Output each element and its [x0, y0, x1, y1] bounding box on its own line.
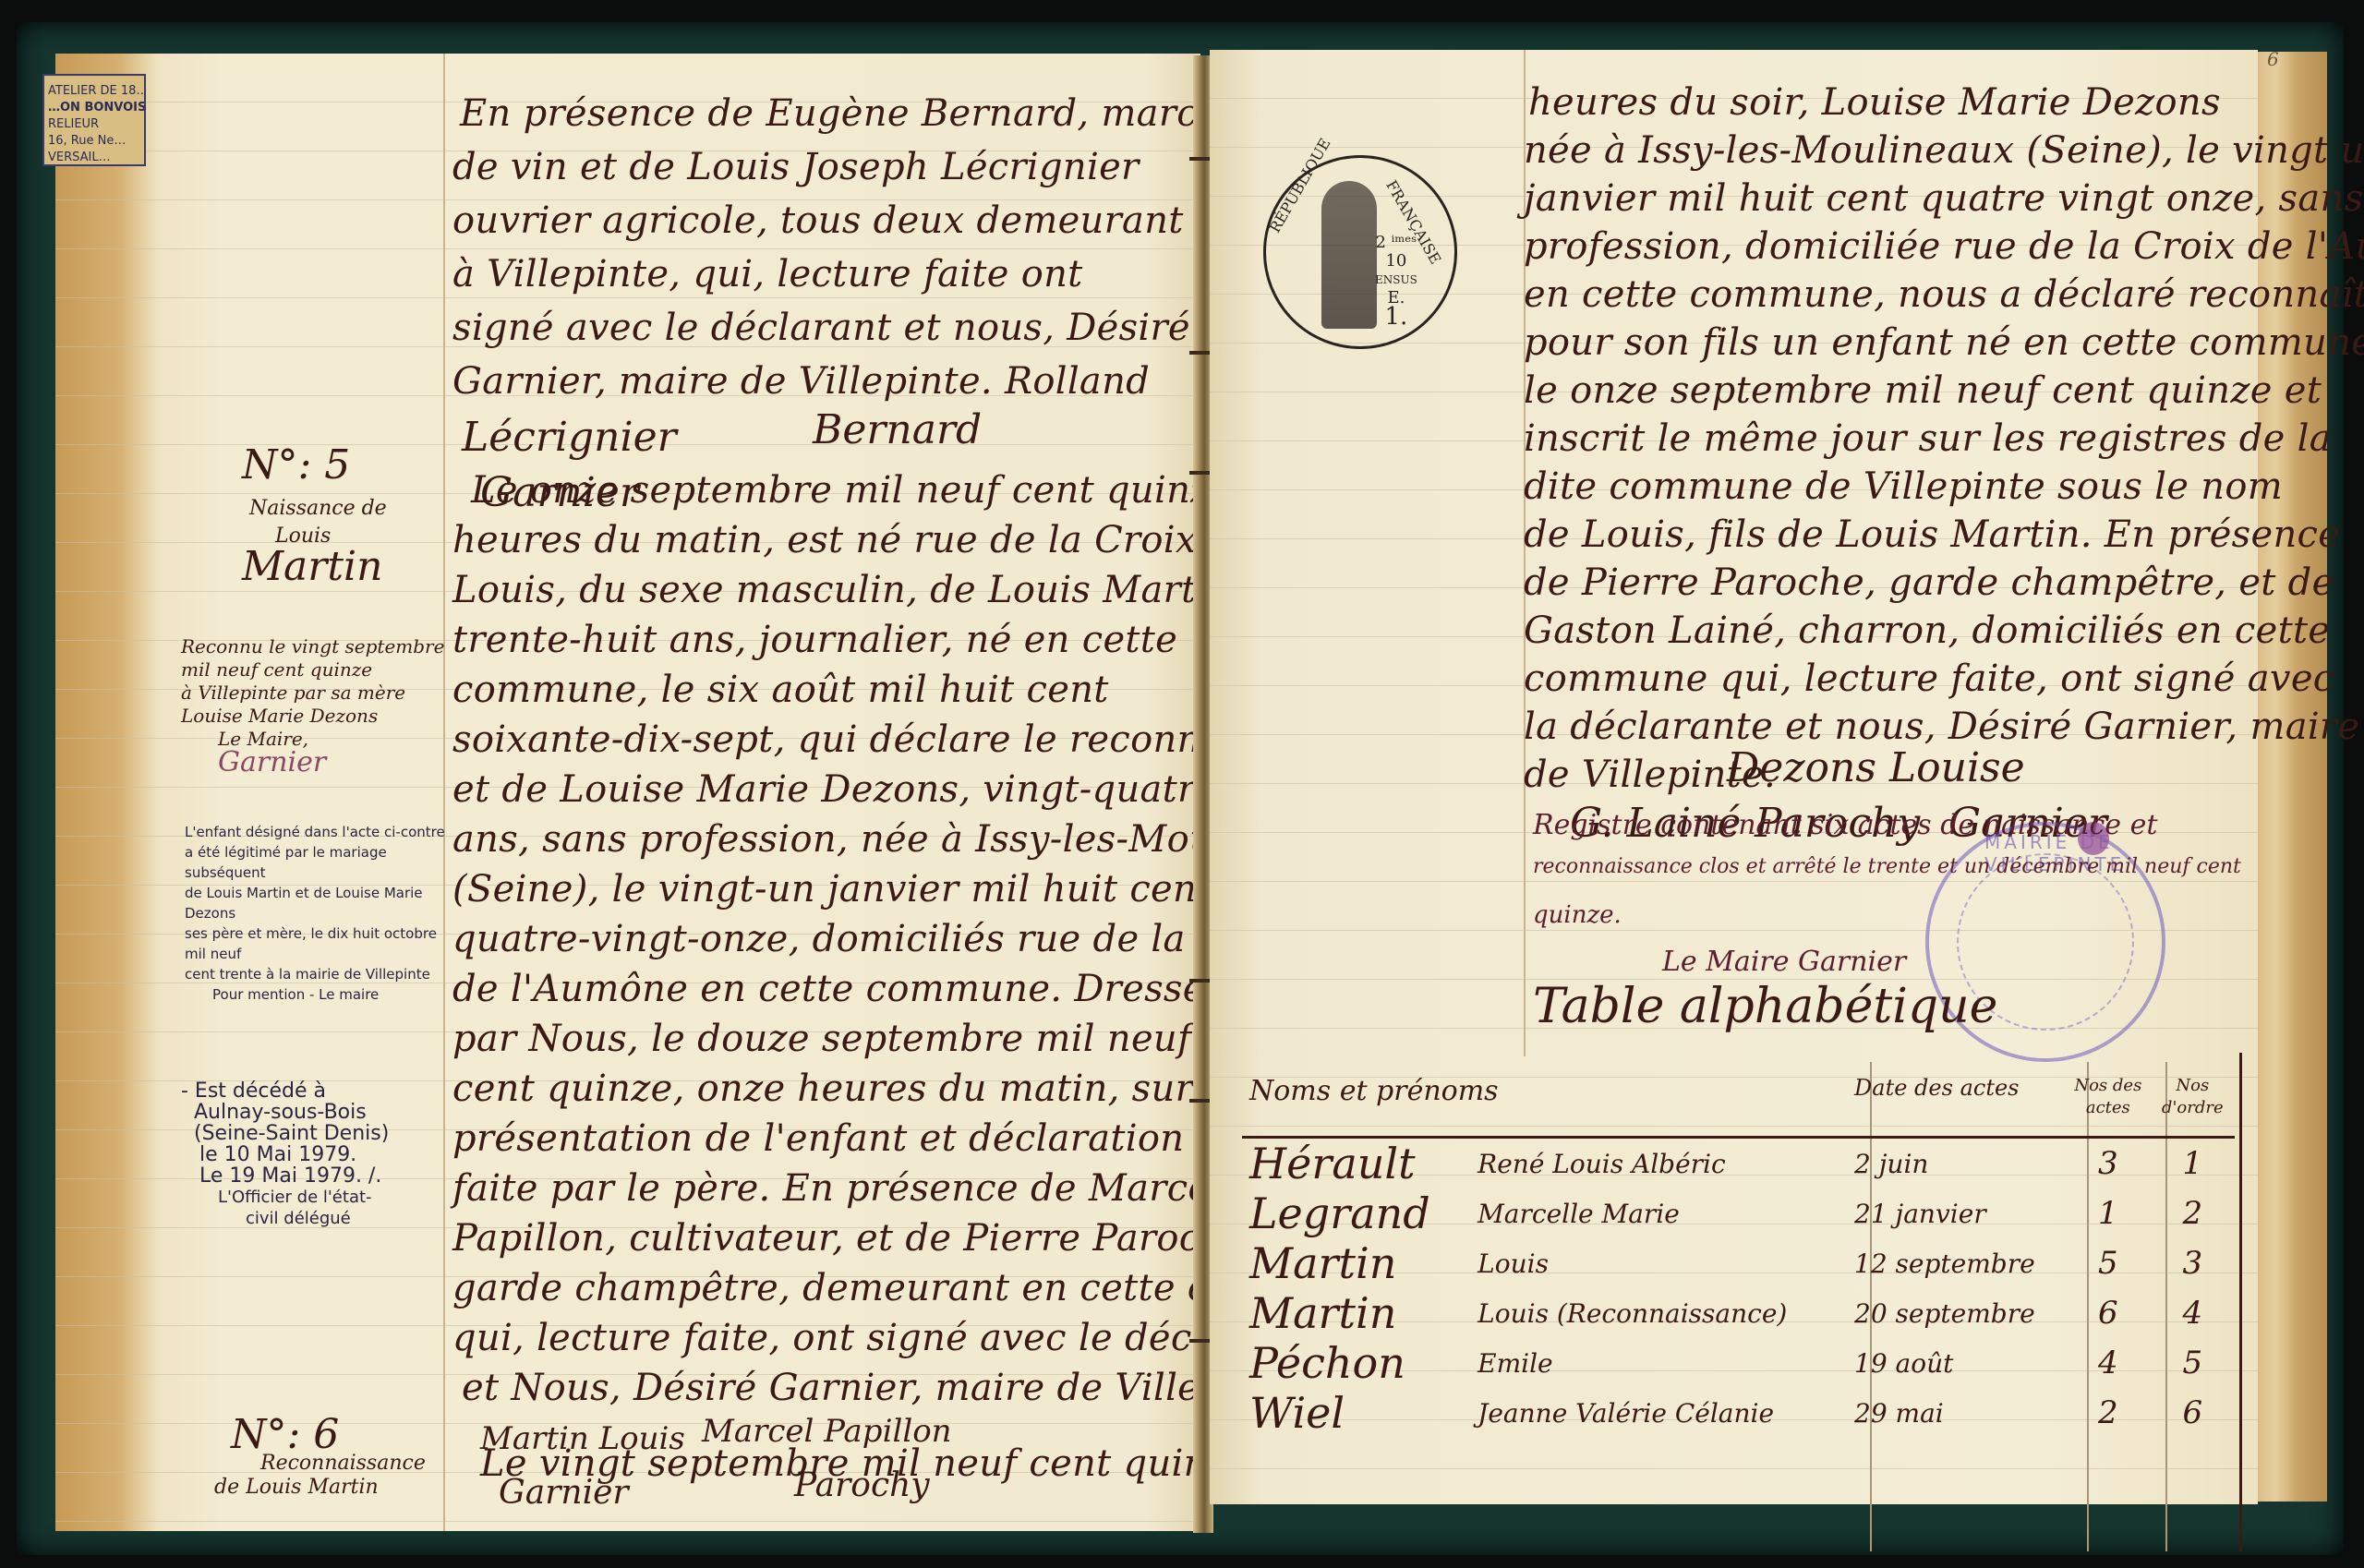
binder-label-line: VERSAIL… [48, 150, 140, 166]
text-line: de Louis, fils de Louis Martin. En prése… [1524, 513, 2340, 556]
cell-given-names: René Louis Albéric [1470, 1139, 1847, 1188]
text-line: de Pierre Paroche, garde champêtre, et d… [1524, 561, 2334, 604]
page-edge-stack [2253, 52, 2327, 1502]
stamp-tax-value: 2 ⁱᵐᵉˢ 10 ENSUS E. 1. [1375, 234, 1417, 326]
margin-note-recognition: Reconnu le vingt septembre mil neuf cent… [181, 635, 458, 774]
text-line: signé avec le déclarant et nous, Désiré [452, 307, 1190, 349]
stamp-line: 10 [1375, 252, 1417, 271]
table-row: Péchon Emile 19 août 4 5 [1242, 1338, 2235, 1388]
stamp-line: 1. [1375, 308, 1417, 326]
index-header-row: Noms et prénoms Date des actes Nos des a… [1242, 1062, 2235, 1138]
note-line: L'enfant désigné dans l'acte ci-contre [185, 822, 462, 842]
note-line: a été légitimé par le mariage subséquent [185, 842, 462, 883]
cell-date: 2 juin [1847, 1139, 2066, 1188]
cell-given-names: Marcelle Marie [1470, 1188, 1847, 1238]
binder-label-line: ATELIER DE 18… [48, 83, 140, 100]
binder-label-line: 16, Rue Ne… [48, 133, 140, 150]
binder-label-line: RELIEUR [48, 116, 140, 133]
cell-act-number: 4 [2066, 1338, 2150, 1388]
text-line: inscrit le même jour sur les registres d… [1524, 417, 2332, 460]
stamp-line: ENSUS [1375, 271, 1417, 289]
text-line: Louis, du sexe masculin, de Louis Martin… [452, 569, 1245, 611]
text-line: la déclarante et nous, Désiré Garnier, m… [1524, 706, 2359, 748]
note-line: Aulnay-sous-Bois [181, 1102, 458, 1123]
table-row: Martin Louis (Reconnaissance) 20 septemb… [1242, 1288, 2235, 1338]
cell-given-names: Louis (Reconnaissance) [1470, 1288, 1847, 1338]
cell-act-number: 5 [2066, 1238, 2150, 1288]
act-title: de Louis Martin [214, 1476, 379, 1499]
cell-act-number: 2 [2066, 1388, 2150, 1438]
cell-act-number: 3 [2066, 1139, 2150, 1188]
binder-label-line: …ON BONVOISIN [48, 100, 140, 116]
cell-given-names: Louis [1470, 1238, 1847, 1288]
note-line: Le 19 Mai 1979. /. [181, 1165, 458, 1187]
margin-note-legitimation: L'enfant désigné dans l'acte ci-contre a… [185, 822, 462, 1005]
cell-date: 20 septembre [1847, 1288, 2066, 1338]
note-line: de Louis Martin et de Louise Marie Dezon… [185, 883, 462, 923]
act-title: Naissance de [249, 497, 387, 520]
tax-stamp: RÉPUBLIQUE FRANÇAISE 2 ⁱᵐᵉˢ 10 ENSUS E. … [1263, 155, 1457, 349]
index-title: Table alphabétique [1533, 979, 1997, 1034]
note-line: civil délégué [181, 1208, 458, 1229]
table-row: Martin Louis 12 septembre 5 3 [1242, 1238, 2235, 1288]
cell-surname: Martin [1242, 1238, 1470, 1288]
note-line: mil neuf cent quinze [181, 658, 458, 681]
signature-le-maire-garnier: Le Maire Garnier [1662, 946, 1906, 978]
text-line: commune, le six août mil huit cent [452, 669, 1109, 711]
text-line: née à Issy-les-Moulineaux (Seine), le vi… [1524, 129, 2364, 172]
cell-date: 29 mai [1847, 1388, 2066, 1438]
text-line: Le onze septembre mil neuf cent quinze, … [471, 469, 1309, 512]
note-line: - Est décédé à [181, 1080, 458, 1102]
cell-date: 19 août [1847, 1338, 2066, 1388]
note-line: Pour mention - Le maire [185, 984, 462, 1005]
text-line: profession, domiciliée rue de la Croix d… [1524, 225, 2364, 268]
alphabetical-index-table: Noms et prénoms Date des actes Nos des a… [1242, 1062, 2235, 1438]
text-line: le onze septembre mil neuf cent quinze e… [1524, 369, 2322, 412]
cell-act-number: 1 [2066, 1188, 2150, 1238]
note-line: le 10 Mai 1979. [181, 1144, 458, 1165]
cell-date: 21 janvier [1847, 1188, 2066, 1238]
note-line: Louise Marie Dezons [181, 705, 458, 728]
stamp-line: 2 ⁱᵐᵉˢ [1375, 234, 1417, 252]
table-row: Legrand Marcelle Marie 21 janvier 1 2 [1242, 1188, 2235, 1238]
text-line: dite commune de Villepinte sous le nom [1524, 465, 2283, 508]
note-line: L'Officier de l'état- [181, 1187, 458, 1208]
marianne-figure-icon [1321, 181, 1377, 329]
margin-note-death: - Est décédé à Aulnay-sous-Bois (Seine-S… [181, 1080, 458, 1229]
cell-order-number: 2 [2151, 1188, 2235, 1238]
act-title: Martin [242, 543, 382, 590]
cell-order-number: 6 [2151, 1388, 2235, 1438]
text-line: faite par le père. En présence de Marcel [452, 1167, 1222, 1210]
signature-dezons-louise: Dezons Louise [1727, 744, 2025, 791]
header-names: Noms et prénoms [1242, 1062, 1847, 1138]
cell-surname: Wiel [1242, 1388, 1470, 1438]
header-act-number: Nos des actes [2066, 1062, 2150, 1138]
cell-surname: Hérault [1242, 1139, 1470, 1188]
text-line: heures du soir, Louise Marie Dezons [1528, 81, 2221, 124]
cell-order-number: 5 [2151, 1338, 2235, 1388]
text-line: qui, lecture faite, ont signé avec le dé… [452, 1317, 1306, 1359]
text-line: reconnaissance clos et arrêté le trente … [1533, 855, 2241, 878]
header-order-number: Nos d'ordre [2151, 1062, 2235, 1138]
text-line: par Nous, le douze septembre mil neuf [452, 1018, 1191, 1060]
text-line: ouvrier agricole, tous deux demeurant [452, 199, 1184, 242]
signature-lecrignier: Lécrignier [462, 414, 677, 461]
text-line: Papillon, cultivateur, et de Pierre Paro… [452, 1217, 1259, 1260]
text-line: pour son fils un enfant né en cette comm… [1524, 321, 2364, 364]
note-line: Reconnu le vingt septembre [181, 635, 458, 658]
text-line: présentation de l'enfant et déclaration [452, 1117, 1184, 1160]
cell-order-number: 1 [2151, 1139, 2235, 1188]
text-line: cent quinze, onze heures du matin, sur [452, 1067, 1193, 1110]
act-title: Reconnaissance [260, 1452, 426, 1475]
text-line: (Seine), le vingt-un janvier mil huit ce… [452, 868, 1212, 911]
note-line: (Seine-Saint Denis) [181, 1123, 458, 1144]
margin-rule [443, 54, 445, 1531]
cell-date: 12 septembre [1847, 1238, 2066, 1288]
cell-given-names: Emile [1470, 1338, 1847, 1388]
cell-given-names: Jeanne Valérie Célanie [1470, 1388, 1847, 1438]
text-line: Gaston Lainé, charron, domiciliés en cet… [1524, 609, 2330, 652]
note-line: ses père et mère, le dix huit octobre mi… [185, 923, 462, 964]
text-line: en cette commune, nous a déclaré reconna… [1524, 273, 2364, 316]
header-date: Date des actes [1847, 1062, 2066, 1138]
cell-order-number: 3 [2151, 1238, 2235, 1288]
text-line: soixante-dix-sept, qui déclare le reconn… [452, 718, 1291, 761]
cell-act-number: 6 [2066, 1288, 2150, 1338]
text-line: commune qui, lecture faite, ont signé av… [1524, 657, 2334, 700]
table-row: Hérault René Louis Albéric 2 juin 3 1 [1242, 1139, 2235, 1188]
cell-surname: Péchon [1242, 1338, 1470, 1388]
text-line: En présence de Eugène Bernard, marchand [460, 92, 1292, 135]
table-row: Wiel Jeanne Valérie Célanie 29 mai 2 6 [1242, 1388, 2235, 1438]
signature-garnier: Garnier [181, 751, 458, 774]
note-line: cent trente à la mairie de Villepinte [185, 964, 462, 984]
cell-surname: Martin [1242, 1288, 1470, 1338]
text-line: trente-huit ans, journalier, né en cette [452, 619, 1177, 661]
binder-label: ATELIER DE 18… …ON BONVOISIN RELIEUR 16,… [42, 74, 146, 166]
text-line: et de Louise Marie Dezons, vingt-quatre [452, 768, 1217, 811]
text-line: janvier mil huit cent quatre vingt onze,… [1524, 177, 2363, 220]
cell-surname: Legrand [1242, 1188, 1470, 1238]
text-line: de vin et de Louis Joseph Lécrignier [452, 146, 1139, 188]
text-line: Garnier, maire de Villepinte. Rolland [452, 360, 1150, 403]
text-line: de l'Aumône en cette commune. Dressé [452, 968, 1205, 1010]
page-number: 6 [2267, 48, 2279, 70]
cell-order-number: 4 [2151, 1288, 2235, 1338]
text-line: Registre contenant six actes de naissanc… [1533, 809, 2157, 841]
text-line: quatre-vingt-onze, domiciliés rue de la … [452, 918, 1299, 960]
signature-bernard: Bernard [813, 406, 982, 453]
text-line: à Villepinte, qui, lecture faite ont [452, 253, 1083, 296]
act-number: N°: 5 [242, 441, 350, 488]
text-line: et Nous, Désiré Garnier, maire de Villep… [462, 1367, 1297, 1409]
note-line: à Villepinte par sa mère [181, 681, 458, 705]
text-line: quinze. [1533, 901, 1622, 929]
